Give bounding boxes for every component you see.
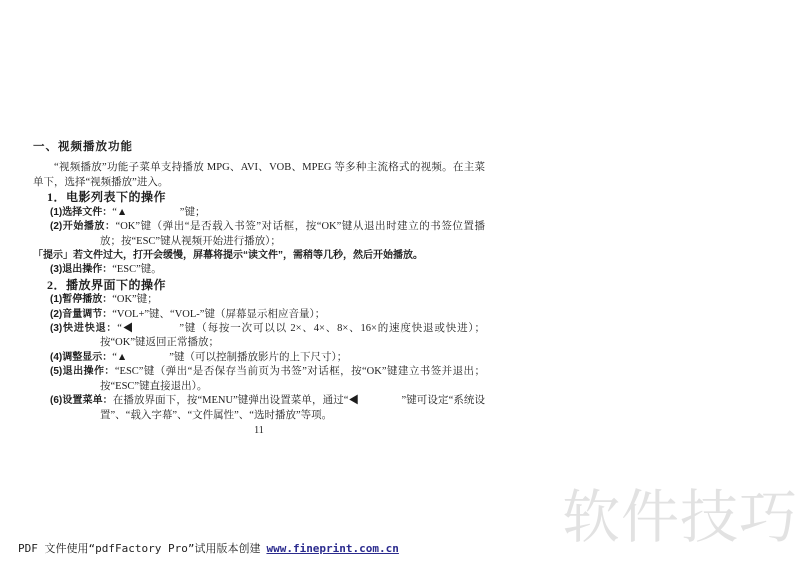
pdf-trial-footer: PDF 文件使用“pdfFactory Pro”试用版本创建www.finepr…	[18, 540, 399, 556]
intro-paragraph: “视频播放”功能子菜单支持播放 MPG、AVI、VOB、MPEG 等多种主流格式…	[33, 161, 485, 190]
list-item: (3)退出操作：“ESC”键。	[50, 263, 485, 277]
item-text: 在播放界面下，按“MENU”键弹出设置菜单，通过“◀ ”键可设定“系统设置”、“…	[100, 395, 485, 420]
list-item: (2)开始播放：“OK”键（弹出“是否载入书签”对话框，按“OK”键从退出时建立…	[50, 220, 485, 249]
list-item: (5)退出操作：“ESC”键（弹出“是否保存当前页为书签”对话框，按“OK”键建…	[50, 365, 485, 394]
item-label: (4)调整显示：	[50, 352, 112, 363]
page-number: 11	[33, 424, 485, 438]
item-label: (2)开始播放：	[50, 221, 116, 232]
list-item: (2)音量调节：“VOL+”键、“VOL-”键（屏幕显示相应音量）；	[50, 308, 485, 322]
subheading-movie-list: 1．电影列表下的操作	[47, 190, 485, 206]
item-text: “ESC”键（弹出“是否保存当前页为书签”对话框，按“OK”键建立书签并退出；按…	[100, 366, 485, 391]
item-label: (6)设置菜单：	[50, 395, 113, 406]
item-label: (3)快进快退：	[50, 323, 117, 334]
section-heading: 一、视频播放功能	[33, 140, 485, 154]
footer-text: PDF 文件使用“pdfFactory Pro”试用版本创建	[18, 542, 260, 555]
document-page-content: 一、视频播放功能 “视频播放”功能子菜单支持播放 MPG、AVI、VOB、MPE…	[33, 140, 485, 438]
item-text: “VOL+”键、“VOL-”键（屏幕显示相应音量）；	[112, 309, 325, 320]
item-label: (1)暂停播放：	[50, 294, 112, 305]
fineprint-link[interactable]: www.fineprint.com.cn	[266, 542, 398, 555]
item-label: (5)退出操作：	[50, 366, 115, 377]
item-text: “OK”键（弹出“是否载入书签”对话框，按“OK”键从退出时建立的书签位置播放；…	[100, 221, 485, 246]
subheading-playback-ui: 2．播放界面下的操作	[47, 278, 485, 294]
tip-note: 「提示」若文件过大，打开会缓慢，屏幕将提示“读文件”，需稍等几秒，然后开始播放。	[33, 249, 485, 263]
item-text: “ESC”键。	[112, 264, 162, 275]
item-text: “OK”键；	[112, 294, 158, 305]
item-label: (2)音量调节：	[50, 309, 112, 320]
list-item: (6)设置菜单：在播放界面下，按“MENU”键弹出设置菜单，通过“◀ ”键可设定…	[50, 394, 485, 423]
list-item: (4)调整显示：“▲ ”键（可以控制播放影片的上下尺寸）；	[50, 351, 485, 365]
list-item: (1)选择文件：“▲ ”键；	[50, 206, 485, 220]
list-item: (1)暂停播放：“OK”键；	[50, 293, 485, 307]
item-text: “▲ ”键（可以控制播放影片的上下尺寸）；	[112, 352, 347, 363]
watermark-text: 软件技巧	[562, 470, 798, 554]
list-item: (3)快进快退：“◀ ”键（每按一次可以以 2×、4×、8×、16×的速度快退或…	[50, 322, 485, 351]
item-text: “▲ ”键；	[112, 207, 205, 218]
item-label: (3)退出操作：	[50, 264, 112, 275]
item-text: “◀ ”键（每按一次可以以 2×、4×、8×、16×的速度快退或快进）；按“OK…	[100, 323, 485, 348]
item-label: (1)选择文件：	[50, 207, 112, 218]
